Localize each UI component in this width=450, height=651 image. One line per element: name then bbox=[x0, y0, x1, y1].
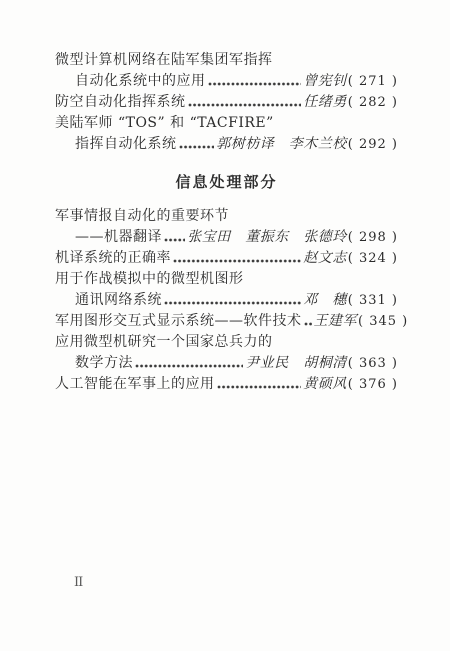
toc-entry: 微型计算机网络在陆军集团军指挥 bbox=[55, 50, 398, 71]
toc-entry-page: ( 376 ) bbox=[347, 374, 398, 395]
toc-entry-page: ( 324 ) bbox=[347, 248, 398, 269]
dotted-leader bbox=[217, 378, 302, 392]
dotted-leader bbox=[135, 357, 243, 371]
toc-entry-authors: 任绪勇 bbox=[303, 92, 347, 113]
toc-entry-title: 微型计算机网络在陆军集团军指挥 bbox=[55, 50, 273, 71]
toc-entry-page: ( 363 ) bbox=[347, 353, 398, 374]
section-heading: 信息处理部分 bbox=[55, 172, 398, 193]
toc-entry-authors: 曾宪钊 bbox=[303, 71, 347, 92]
toc-entry: 美陆军师 “TOS” 和 “TACFIRE” bbox=[55, 113, 398, 134]
toc-entry: 防空自动化指挥系统任绪勇( 282 ) bbox=[55, 92, 398, 113]
toc-entry: 通讯网络系统邓 穗( 331 ) bbox=[55, 290, 398, 311]
toc-entry-title: 人工智能在军事上的应用 bbox=[55, 374, 215, 395]
dotted-leader bbox=[179, 138, 215, 152]
toc-entry-page: ( 298 ) bbox=[347, 227, 398, 248]
toc-entry: 自动化系统中的应用曾宪钊( 271 ) bbox=[55, 71, 398, 92]
dotted-leader bbox=[188, 96, 302, 110]
toc-entry-title: 美陆军师 “TOS” 和 “TACFIRE” bbox=[55, 113, 274, 134]
toc-entry: 军事情报自动化的重要环节 bbox=[55, 206, 398, 227]
toc-entry-page: ( 271 ) bbox=[347, 71, 398, 92]
dotted-leader bbox=[208, 75, 302, 89]
dotted-leader bbox=[304, 315, 312, 329]
toc-entry: ——机器翻译张宝田 董振东 张德玲( 298 ) bbox=[55, 227, 398, 248]
toc-entry-authors: 赵文志 bbox=[303, 248, 347, 269]
toc-entry-page: ( 292 ) bbox=[347, 134, 398, 155]
toc-entry-authors: 张宝田 董振东 张德玲 bbox=[187, 227, 347, 248]
toc-entry-authors: 黄硕风 bbox=[303, 374, 347, 395]
toc-entry-title: 自动化系统中的应用 bbox=[75, 71, 206, 92]
toc-entry-page: ( 282 ) bbox=[347, 92, 398, 113]
toc-entry-title: 应用微型机研究一个国家总兵力的 bbox=[55, 332, 273, 353]
dotted-leader bbox=[164, 294, 301, 308]
toc-entry: 人工智能在军事上的应用黄硕风( 376 ) bbox=[55, 374, 398, 395]
toc-entry-title: 防空自动化指挥系统 bbox=[55, 92, 186, 113]
toc-entry: 机译系统的正确率赵文志( 324 ) bbox=[55, 248, 398, 269]
toc-entry: 应用微型机研究一个国家总兵力的 bbox=[55, 332, 398, 353]
toc-entry-title: 军用图形交互式显示系统——软件技术 bbox=[55, 311, 302, 332]
toc-entry-title: 机译系统的正确率 bbox=[55, 248, 171, 269]
toc-entry-authors: 邓 穗 bbox=[303, 290, 347, 311]
toc-entry-title: ——机器翻译 bbox=[75, 227, 162, 248]
toc-entry: 指挥自动化系统郭树枋译 李木兰校( 292 ) bbox=[55, 134, 398, 155]
toc-entry-title: 数学方法 bbox=[75, 353, 133, 374]
toc-entry: 用于作战模拟中的微型机图形 bbox=[55, 269, 398, 290]
toc-entry-title: 通讯网络系统 bbox=[75, 290, 162, 311]
toc-entry: 数学方法尹业民 胡桐清( 363 ) bbox=[55, 353, 398, 374]
toc-entry-title: 军事情报自动化的重要环节 bbox=[55, 206, 229, 227]
page-number: II bbox=[74, 575, 82, 590]
toc-entry-title: 用于作战模拟中的微型机图形 bbox=[55, 269, 244, 290]
toc-entry-title: 指挥自动化系统 bbox=[75, 134, 177, 155]
toc-list: 微型计算机网络在陆军集团军指挥自动化系统中的应用曾宪钊( 271 )防空自动化指… bbox=[55, 50, 398, 395]
toc-entry-authors: 郭树枋译 李木兰校 bbox=[216, 134, 347, 155]
dotted-leader bbox=[164, 231, 185, 245]
toc-entry-page: ( 345 ) bbox=[357, 311, 408, 332]
document-page: 微型计算机网络在陆军集团军指挥自动化系统中的应用曾宪钊( 271 )防空自动化指… bbox=[0, 0, 450, 651]
toc-entry-page: ( 331 ) bbox=[347, 290, 398, 311]
dotted-leader bbox=[173, 252, 301, 266]
toc-entry-authors: 王建军 bbox=[314, 311, 358, 332]
toc-entry: 军用图形交互式显示系统——软件技术王建军( 345 ) bbox=[55, 311, 398, 332]
toc-entry-authors: 尹业民 胡桐清 bbox=[245, 353, 347, 374]
